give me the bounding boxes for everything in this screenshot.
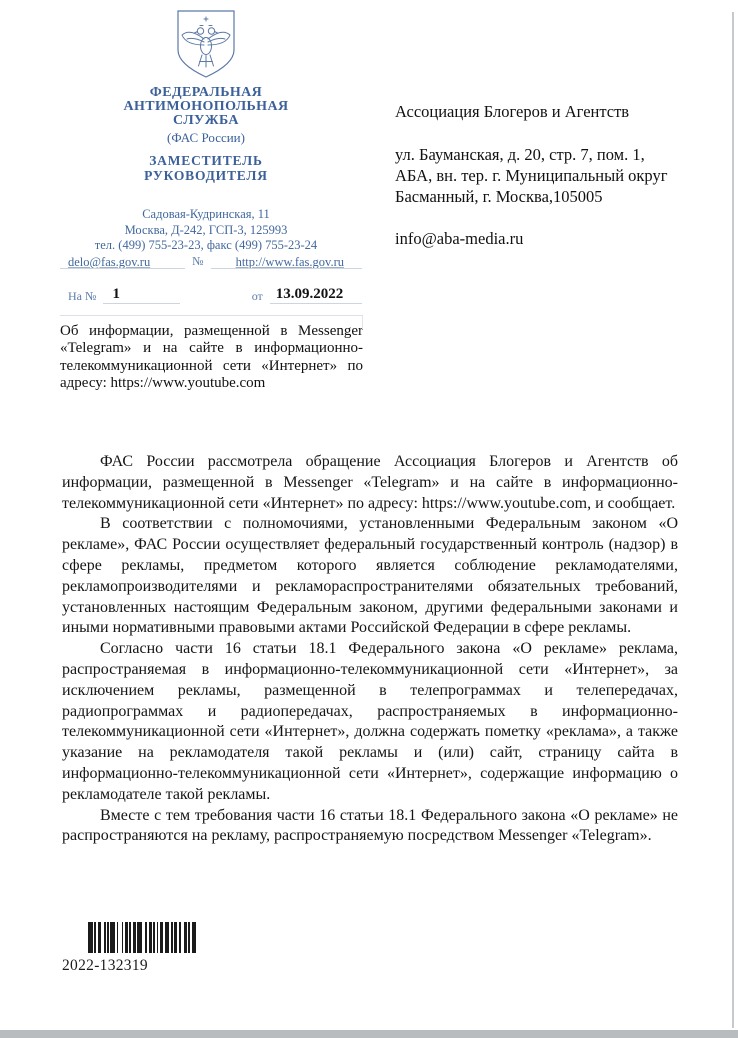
letter-subject: Об информации, размещенной в Messenger «… — [60, 315, 363, 393]
org-name-line: СЛУЖБА — [58, 114, 354, 128]
recipient-block: Ассоциация Блогеров и Агентств ул. Баума… — [395, 101, 713, 249]
letter-body: ФАС России рассмотрела обращение Ассоциа… — [62, 452, 678, 847]
reply-date-field: 13.09.2022 — [270, 286, 362, 304]
reply-date-label: от — [245, 289, 270, 304]
registration-number: 2022-132319 — [62, 957, 148, 975]
recipient-email: info@aba-media.ru — [395, 228, 713, 249]
reply-number-field: 1 — [103, 286, 180, 304]
signer-position-line: ЗАМЕСТИТЕЛЬ — [58, 153, 354, 168]
recipient-name: Ассоциация Блогеров и Агентств — [395, 101, 713, 122]
recipient-address-line: АБА, вн. тер. г. Муниципальный округ — [395, 165, 713, 186]
body-paragraph: ФАС России рассмотрела обращение Ассоциа… — [62, 452, 678, 514]
reply-ref-label: На № — [60, 289, 103, 304]
scan-edge-right — [732, 12, 734, 1028]
outgoing-date-blank-line — [60, 256, 185, 269]
signer-position-line: РУКОВОДИТЕЛЯ — [58, 168, 354, 183]
number-sign-label: № — [185, 254, 210, 269]
scan-edge-bottom — [0, 1030, 738, 1038]
recipient-address-line: ул. Бауманская, д. 20, стр. 7, пом. 1, — [395, 144, 713, 165]
org-name-line: АНТИМОНОПОЛЬНАЯ — [58, 100, 354, 114]
body-paragraph: В соответствии с полномочиями, установле… — [62, 514, 678, 639]
reply-ref-row: На № 1 от 13.09.2022 — [60, 284, 362, 304]
reply-number-value: 1 — [112, 286, 120, 302]
org-phone-fax: тел. (499) 755-23-23, факс (499) 755-23-… — [58, 238, 354, 254]
registration-barcode — [88, 922, 198, 953]
reply-date-value: 13.09.2022 — [276, 286, 344, 302]
outgoing-ref-row: № — [60, 253, 362, 269]
body-paragraph: Согласно части 16 статьи 18.1 Федерально… — [62, 639, 678, 805]
scanned-letter-page: ФЕДЕРАЛЬНАЯ АНТИМОНОПОЛЬНАЯ СЛУЖБА (ФАС … — [0, 0, 738, 1038]
body-paragraph: Вместе с тем требования части 16 статьи … — [62, 806, 678, 848]
letterhead: ФЕДЕРАЛЬНАЯ АНТИМОНОПОЛЬНАЯ СЛУЖБА (ФАС … — [58, 8, 354, 270]
org-name-line: ФЕДЕРАЛЬНАЯ — [58, 86, 354, 100]
recipient-address-line: Басманный, г. Москва,105005 — [395, 186, 713, 207]
coat-of-arms-emblem — [173, 8, 239, 80]
org-address-street: Садовая-Кудринская, 11 — [58, 207, 354, 223]
org-address-city: Москва, Д-242, ГСП-3, 125993 — [58, 223, 354, 239]
outgoing-number-blank-line — [211, 256, 362, 269]
reference-block: № На № 1 от 13.09.2022 — [60, 253, 362, 304]
org-short-name: (ФАС России) — [58, 130, 354, 145]
